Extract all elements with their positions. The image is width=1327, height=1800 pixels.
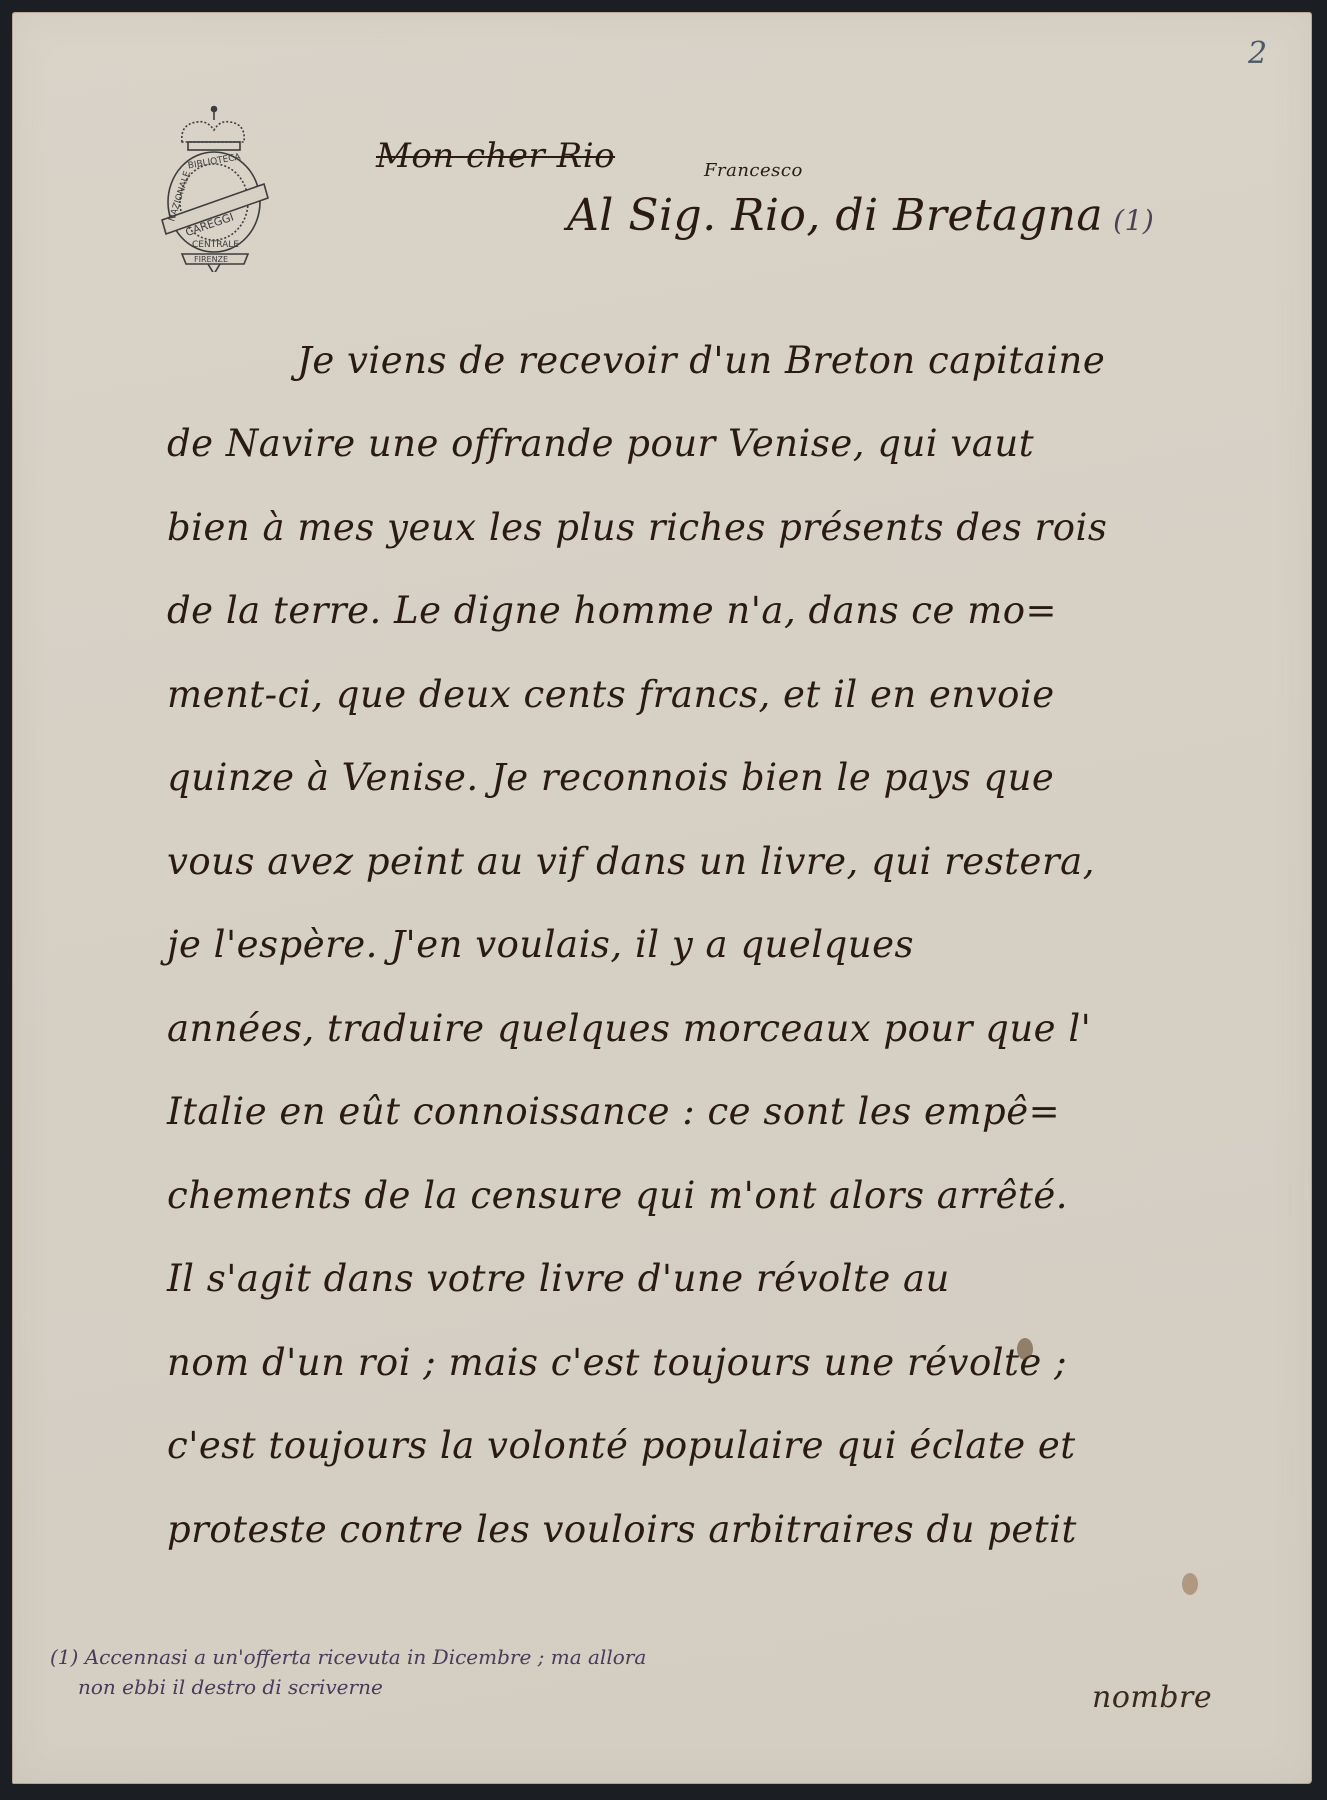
ink-blot	[1017, 1338, 1033, 1360]
body-line: bien à mes yeux les plus riches présents…	[167, 471, 1227, 555]
body-line: quinze à Venise. Je reconnois bien le pa…	[167, 722, 1227, 806]
body-line: nom d'un roi ; mais c'est toujours une r…	[167, 1306, 1227, 1390]
address-line: Al Sig. Rio, di Bretagna(1)	[567, 190, 1154, 241]
footnote-marker: (1)	[1113, 204, 1154, 237]
body-line: ment-ci, que deux cents francs, et il en…	[167, 638, 1227, 722]
body-line: de la terre. Le digne homme n'a, dans ce…	[167, 555, 1227, 639]
library-stamp-icon: BIBLIOTECA NAZIONALE CAREGGI CENTRALE FI…	[152, 102, 282, 272]
svg-text:BIBLIOTECA: BIBLIOTECA	[187, 152, 242, 171]
body-line: je l'espère. J'en voulais, il y a quelqu…	[167, 889, 1227, 973]
svg-text:CENTRALE: CENTRALE	[192, 240, 239, 250]
body-line: Italie en eût connoissance : ce sont les…	[167, 1056, 1227, 1140]
body-line: années, traduire quelques morceaux pour …	[167, 972, 1227, 1056]
letter-body: Je viens de recevoir d'un Breton capitai…	[167, 304, 1227, 1557]
footnote-line-1: (1) Accennasi a un'offerta ricevuta in D…	[50, 1642, 646, 1672]
body-line: chements de la censure qui m'ont alors a…	[167, 1139, 1227, 1223]
address-text: Al Sig. Rio, di Bretagna	[567, 190, 1103, 241]
ink-blot	[1182, 1573, 1198, 1595]
svg-text:FIRENZE: FIRENZE	[194, 255, 228, 264]
body-line: Je viens de recevoir d'un Breton capitai…	[167, 304, 1227, 388]
struck-salutation: Mon cher Rio	[376, 136, 615, 176]
body-line: Il s'agit dans votre livre d'une révolte…	[167, 1223, 1227, 1307]
body-line: vous avez peint au vif dans un livre, qu…	[167, 805, 1227, 889]
footnote: (1) Accennasi a un'offerta ricevuta in D…	[50, 1642, 646, 1702]
catchword: nombre	[1092, 1680, 1212, 1715]
body-line: proteste contre les vouloirs arbitraires…	[167, 1473, 1227, 1557]
body-line: c'est toujours la volonté populaire qui …	[167, 1390, 1227, 1474]
body-line: de Navire une offrande pour Venise, qui …	[167, 388, 1227, 472]
footnote-line-2: non ebbi il destro di scriverne	[50, 1672, 646, 1702]
manuscript-page: 2 BIBLIOTECA NAZIONALE CAREGG	[12, 12, 1312, 1784]
page-number: 2	[1248, 36, 1267, 71]
library-stamp: BIBLIOTECA NAZIONALE CAREGGI CENTRALE FI…	[152, 102, 282, 272]
inserted-first-name: Francesco	[704, 160, 803, 181]
